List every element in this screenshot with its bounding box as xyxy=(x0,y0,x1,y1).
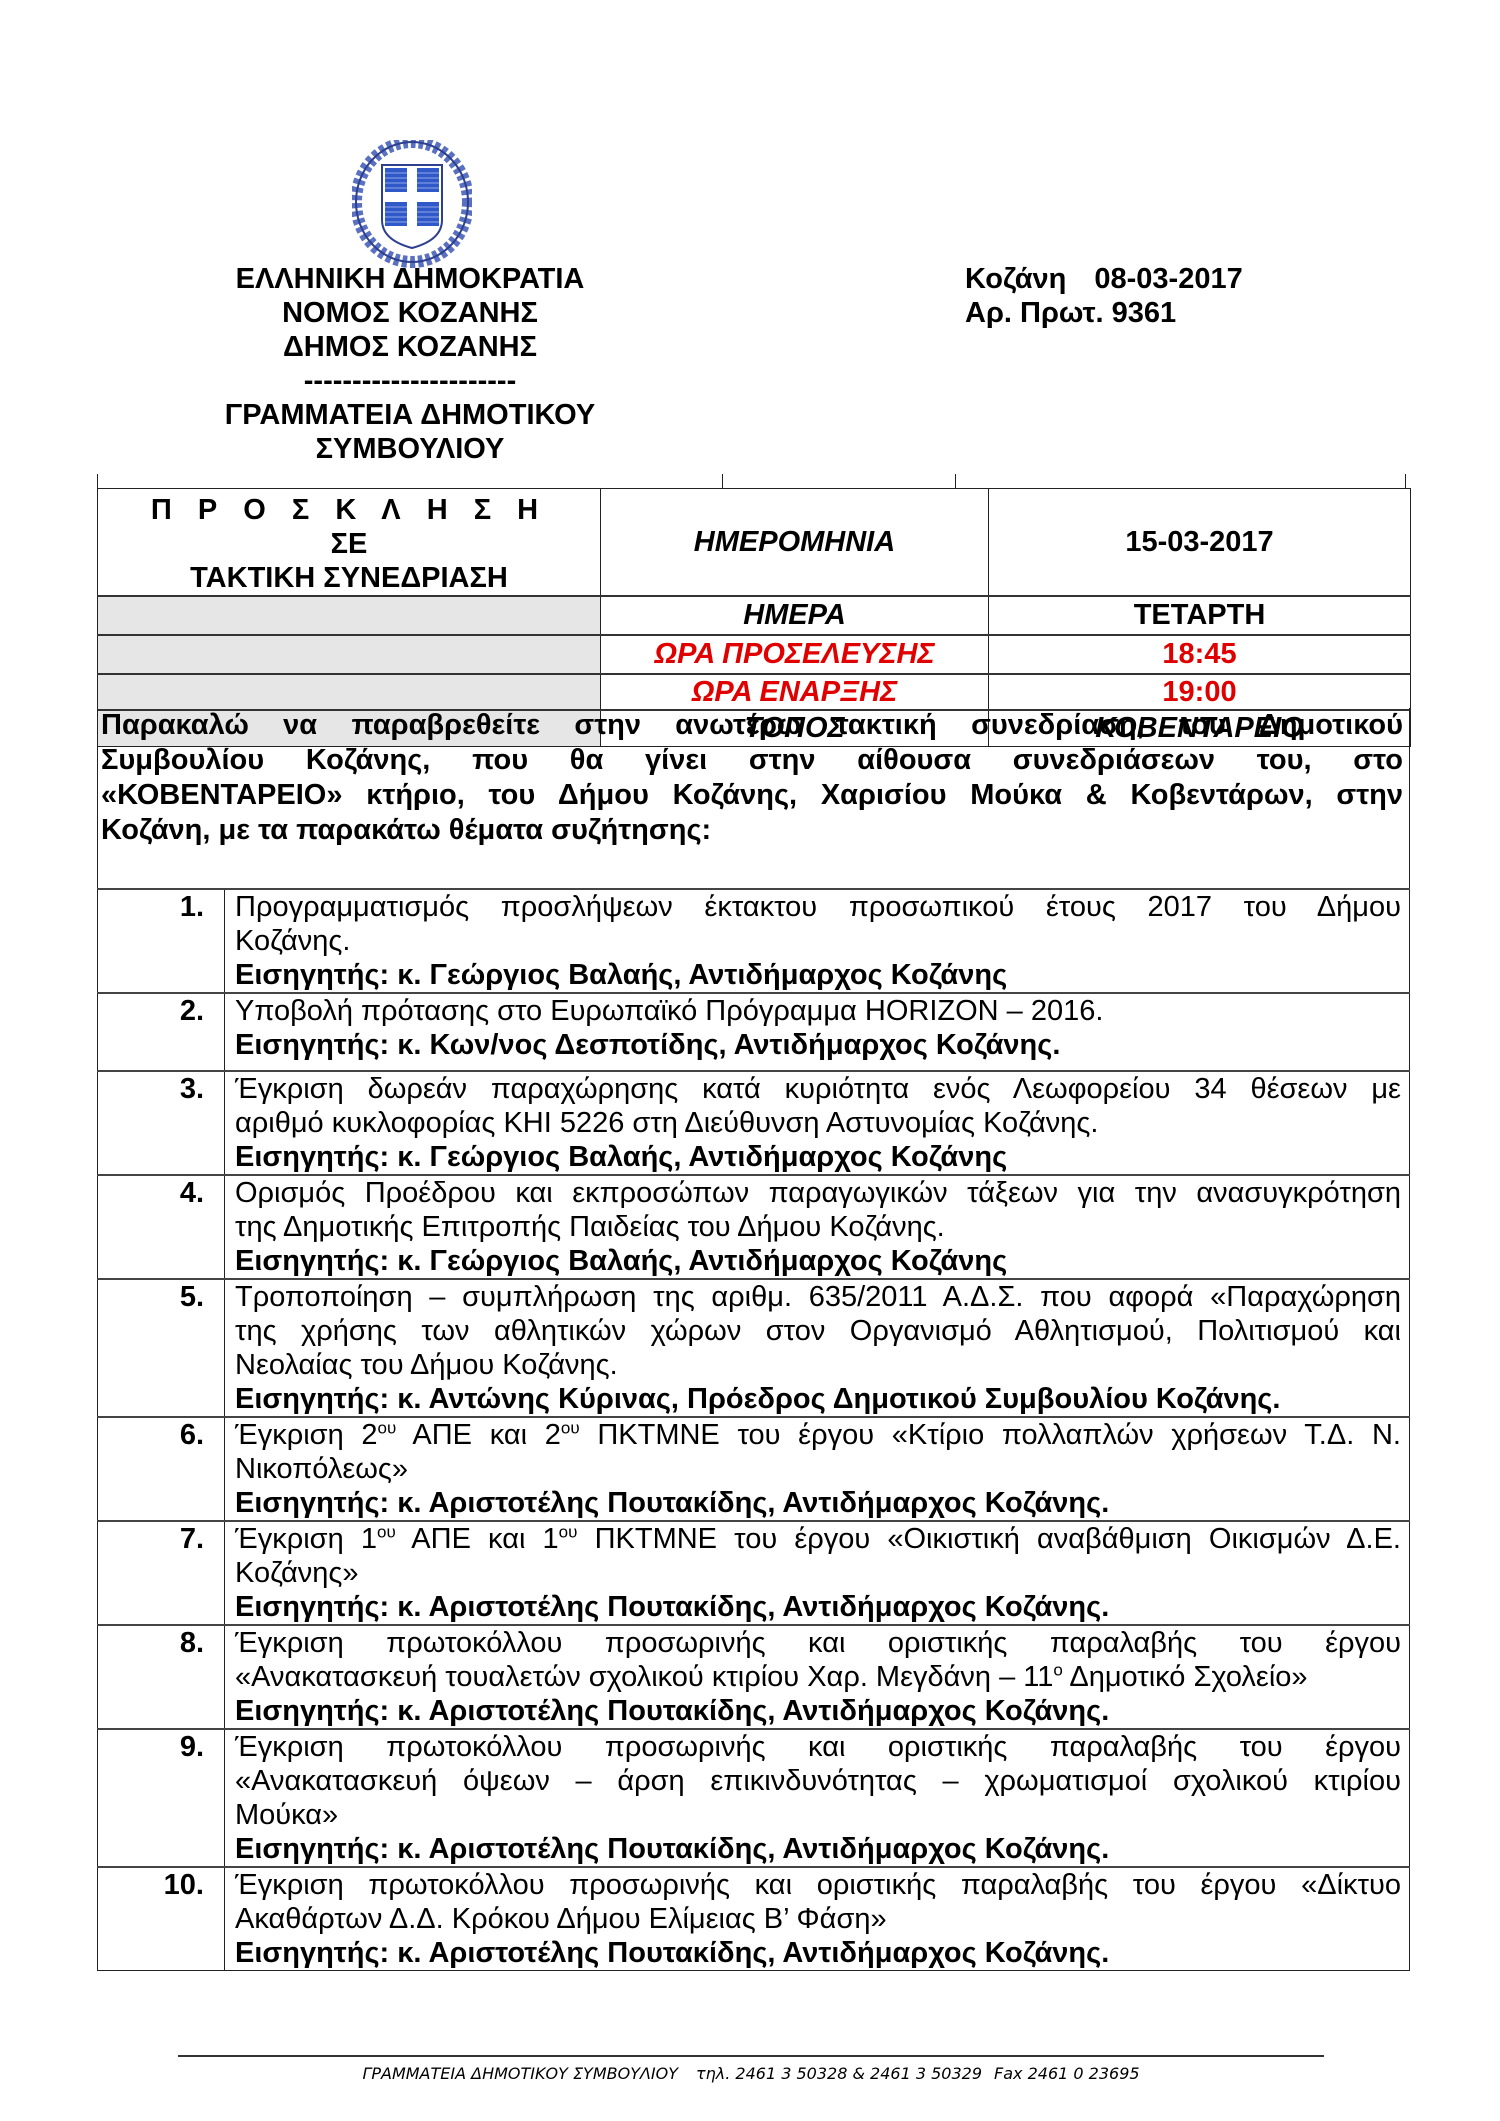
agenda-item-number: 4. xyxy=(98,1175,225,1279)
agenda-item-description: Έγκριση πρωτοκόλλου προσωρινής και οριστ… xyxy=(235,1730,1401,1832)
description-line: Κοζάνης» xyxy=(235,1556,1401,1590)
agenda-item-description: Τροποποίηση – συμπλήρωση της αριθμ. 635/… xyxy=(235,1280,1401,1382)
issuer-block: ΕΛΛΗΝΙΚΗ ΔΗΜΟΚΡΑΤΙΑ ΝΟΜΟΣ ΚΟΖΑΝΗΣ ΔΗΜΟΣ … xyxy=(170,262,650,466)
agenda-item: 2.Υποβολή πρότασης στο Ευρωπαϊκό Πρόγραμ… xyxy=(98,993,1410,1071)
agenda-item-number: 7. xyxy=(98,1521,225,1625)
table-stub xyxy=(955,474,956,488)
document-meta: Κοζάνη08-03-2017 Αρ. Πρωτ. 9361 xyxy=(965,262,1243,330)
agenda-item-description: Ορισμός Προέδρου και εκπροσώπων παραγωγι… xyxy=(235,1176,1401,1244)
invitation-title: Π Ρ Ο Σ Κ Λ Η Σ Η ΣΕ ΤΑΚΤΙΚΗ ΣΥΝΕΔΡΙΑΣΗ xyxy=(98,489,601,597)
agenda-item-number: 9. xyxy=(98,1729,225,1867)
meeting-label: ΩΡΑ ΠΡΟΣΕΛΕΥΣΗΣ xyxy=(601,635,989,674)
meeting-row-start: ΩΡΑ ΕΝΑΡΞΗΣ 19:00 xyxy=(98,674,1411,710)
agenda-item-body: Έγκριση πρωτοκόλλου προσωρινής και οριστ… xyxy=(225,1625,1410,1729)
agenda-item-description: Υποβολή πρότασης στο Ευρωπαϊκό Πρόγραμμα… xyxy=(235,994,1401,1028)
shaded-cell xyxy=(98,635,601,674)
meeting-value: 15-03-2017 xyxy=(989,489,1411,597)
description-line: Έγκριση δωρεάν παραχώρησης κατά κυριότητ… xyxy=(235,1072,1401,1106)
place-date: Κοζάνη08-03-2017 xyxy=(965,262,1243,296)
description-line: Έγκριση πρωτοκόλλου προσωρινής και οριστ… xyxy=(235,1730,1401,1764)
invitation-paragraph: Παρακαλώ να παραβρεθείτε στην ανωτέρω τα… xyxy=(97,708,1410,890)
agenda-item-rapporteur: Εισηγητής: κ. Γεώργιος Βαλαής, Αντιδήμαρ… xyxy=(235,1244,1401,1278)
footer-contact: ΓΡΑΜΜΑΤΕΙΑ ΔΗΜΟΤΙΚΟΥ ΣΥΜΒΟΥΛΙΟΥτηλ. 2461… xyxy=(178,2064,1324,2083)
meeting-label: ΗΜΕΡΑ xyxy=(601,596,989,635)
agenda-item: 9.Έγκριση πρωτοκόλλου προσωρινής και ορι… xyxy=(98,1729,1410,1867)
agenda-item-description: Έγκριση πρωτοκόλλου προσωρινής και οριστ… xyxy=(235,1626,1401,1694)
agenda-item-rapporteur: Εισηγητής: κ. Αριστοτέλης Πουτακίδης, Αν… xyxy=(235,1936,1401,1970)
description-line: Υποβολή πρότασης στο Ευρωπαϊκό Πρόγραμμα… xyxy=(235,994,1401,1028)
meeting-row-arrival: ΩΡΑ ΠΡΟΣΕΛΕΥΣΗΣ 18:45 xyxy=(98,635,1411,674)
agenda-item-body: Έγκριση 2ου ΑΠΕ και 2ου ΠΚΤΜΝΕ του έργου… xyxy=(225,1417,1410,1521)
agenda-item-description: Προγραμματισμός προσλήψεων έκτακτου προσ… xyxy=(235,890,1401,958)
issuer-line-secretariat: ΓΡΑΜΜΑΤΕΙΑ ΔΗΜΟΤΙΚΟΥ xyxy=(170,398,650,432)
table-stub xyxy=(1405,474,1406,488)
description-line: Έγκριση 2ου ΑΠΕ και 2ου ΠΚΤΜΝΕ του έργου… xyxy=(235,1418,1401,1452)
description-line: Τροποποίηση – συμπλήρωση της αριθμ. 635/… xyxy=(235,1280,1401,1314)
description-line: Προγραμματισμός προσλήψεων έκτακτου προσ… xyxy=(235,890,1401,924)
agenda-item-rapporteur: Εισηγητής: κ. Αριστοτέλης Πουτακίδης, Αν… xyxy=(235,1486,1401,1520)
agenda-item-number: 5. xyxy=(98,1279,225,1417)
table-stub xyxy=(97,474,98,488)
place: Κοζάνη xyxy=(965,263,1066,295)
description-line: Νικοπόλεως» xyxy=(235,1452,1401,1486)
issuer-line-municipality: ΔΗΜΟΣ ΚΟΖΑΝΗΣ xyxy=(170,330,650,364)
agenda-item: 1.Προγραμματισμός προσλήψεων έκτακτου πρ… xyxy=(98,889,1410,993)
agenda-item-description: Έγκριση 1ου ΑΠΕ και 1ου ΠΚΤΜΝΕ του έργου… xyxy=(235,1522,1401,1590)
description-line: Νεολαίας του Δήμου Κοζάνης. xyxy=(235,1348,1401,1382)
footer-divider xyxy=(178,2055,1324,2057)
meeting-row-day: ΗΜΕΡΑ ΤΕΤΑΡΤΗ xyxy=(98,596,1411,635)
description-line: Ακαθάρτων Δ.Δ. Κρόκου Δήμου Ελίμειας Β’ … xyxy=(235,1902,1401,1936)
issuer-line-prefecture: ΝΟΜΟΣ ΚΟΖΑΝΗΣ xyxy=(170,296,650,330)
invitation-title-line: ΣΕ xyxy=(98,527,600,561)
table-stub xyxy=(722,474,723,488)
agenda-item-body: Τροποποίηση – συμπλήρωση της αριθμ. 635/… xyxy=(225,1279,1410,1417)
paragraph-line: Παρακαλώ να παραβρεθείτε στην ανωτέρω τα… xyxy=(101,708,1403,743)
agenda-item-body: Έγκριση 1ου ΑΠΕ και 1ου ΠΚΤΜΝΕ του έργου… xyxy=(225,1521,1410,1625)
description-line: Έγκριση πρωτοκόλλου προσωρινής και οριστ… xyxy=(235,1626,1401,1660)
agenda-item-number: 1. xyxy=(98,889,225,993)
agenda-item: 5.Τροποποίηση – συμπλήρωση της αριθμ. 63… xyxy=(98,1279,1410,1417)
description-line: της χρήσης των αθλητικών χώρων στον Οργα… xyxy=(235,1314,1401,1348)
agenda-item: 6.Έγκριση 2ου ΑΠΕ και 2ου ΠΚΤΜΝΕ του έργ… xyxy=(98,1417,1410,1521)
footer-fax: Fax 2461 0 23695 xyxy=(994,2064,1140,2083)
meeting-label: ΗΜΕΡΟΜΗΝΙΑ xyxy=(601,489,989,597)
invitation-title-line: ΤΑΚΤΙΚΗ ΣΥΝΕΔΡΙΑΣΗ xyxy=(98,561,600,595)
agenda-item-body: Έγκριση πρωτοκόλλου προσωρινής και οριστ… xyxy=(225,1867,1410,1971)
protocol-number: Αρ. Πρωτ. 9361 xyxy=(965,296,1243,330)
description-line: Μούκα» xyxy=(235,1798,1401,1832)
agenda-item-description: Έγκριση δωρεάν παραχώρησης κατά κυριότητ… xyxy=(235,1072,1401,1140)
agenda-item-rapporteur: Εισηγητής: κ. Αριστοτέλης Πουτακίδης, Αν… xyxy=(235,1832,1401,1866)
agenda-item: 7.Έγκριση 1ου ΑΠΕ και 1ου ΠΚΤΜΝΕ του έργ… xyxy=(98,1521,1410,1625)
issuer-line-council: ΣΥΜΒΟΥΛΙΟΥ xyxy=(170,432,650,466)
agenda-item-body: Ορισμός Προέδρου και εκπροσώπων παραγωγι… xyxy=(225,1175,1410,1279)
issuer-divider: ---------------------- xyxy=(170,364,650,398)
meeting-value: 19:00 xyxy=(989,674,1411,710)
agenda-item-number: 6. xyxy=(98,1417,225,1521)
issue-date: 08-03-2017 xyxy=(1094,263,1242,295)
description-line: Ορισμός Προέδρου και εκπροσώπων παραγωγι… xyxy=(235,1176,1401,1210)
agenda-item-rapporteur: Εισηγητής: κ. Κων/νος Δεσποτίδης, Αντιδή… xyxy=(235,1028,1401,1062)
invitation-title-line: Π Ρ Ο Σ Κ Λ Η Σ Η xyxy=(98,493,600,527)
agenda-item-rapporteur: Εισηγητής: κ. Γεώργιος Βαλαής, Αντιδήμαρ… xyxy=(235,958,1401,992)
meeting-value: ΤΕΤΑΡΤΗ xyxy=(989,596,1411,635)
description-line: «Ανακατασκευή όψεων – άρση επικινδυνότητ… xyxy=(235,1764,1401,1798)
agenda-item-number: 10. xyxy=(98,1867,225,1971)
agenda-item-body: Προγραμματισμός προσλήψεων έκτακτου προσ… xyxy=(225,889,1410,993)
description-line: αριθμό κυκλοφορίας ΚΗΙ 5226 στη Διεύθυνσ… xyxy=(235,1106,1401,1140)
shaded-cell xyxy=(98,674,601,710)
agenda-item: 8.Έγκριση πρωτοκόλλου προσωρινής και ορι… xyxy=(98,1625,1410,1729)
agenda-item-body: Έγκριση πρωτοκόλλου προσωρινής και οριστ… xyxy=(225,1729,1410,1867)
agenda-item-rapporteur: Εισηγητής: κ. Αντώνης Κύρινας, Πρόεδρος … xyxy=(235,1382,1401,1416)
agenda-item-rapporteur: Εισηγητής: κ. Γεώργιος Βαλαής, Αντιδήμαρ… xyxy=(235,1140,1401,1174)
meeting-label: ΩΡΑ ΕΝΑΡΞΗΣ xyxy=(601,674,989,710)
meeting-row-date: Π Ρ Ο Σ Κ Λ Η Σ Η ΣΕ ΤΑΚΤΙΚΗ ΣΥΝΕΔΡΙΑΣΗ … xyxy=(98,489,1411,597)
agenda-item-rapporteur: Εισηγητής: κ. Αριστοτέλης Πουτακίδης, Αν… xyxy=(235,1694,1401,1728)
description-line: «Ανακατασκευή τουαλετών σχολικού κτιρίου… xyxy=(235,1660,1401,1694)
footer-phones: τηλ. 2461 3 50328 & 2461 3 50329 xyxy=(696,2064,982,2083)
greek-coat-of-arms-icon xyxy=(352,140,472,270)
agenda-table: 1.Προγραμματισμός προσλήψεων έκτακτου πρ… xyxy=(97,888,1410,1971)
agenda-item-number: 3. xyxy=(98,1071,225,1175)
agenda-item-body: Έγκριση δωρεάν παραχώρησης κατά κυριότητ… xyxy=(225,1071,1410,1175)
meeting-value: 18:45 xyxy=(989,635,1411,674)
paragraph-line: «ΚΟΒΕΝΤΑΡΕΙΟ» κτήριο, του Δήμου Κοζάνης,… xyxy=(101,778,1403,813)
agenda-item: 10.Έγκριση πρωτοκόλλου προσωρινής και ορ… xyxy=(98,1867,1410,1971)
agenda-item-number: 2. xyxy=(98,993,225,1071)
paragraph-line: Κοζάνη, με τα παρακάτω θέματα συζήτησης: xyxy=(101,813,1403,848)
description-line: Έγκριση πρωτοκόλλου προσωρινής και οριστ… xyxy=(235,1868,1401,1902)
shaded-cell xyxy=(98,596,601,635)
agenda-item-description: Έγκριση πρωτοκόλλου προσωρινής και οριστ… xyxy=(235,1868,1401,1936)
issuer-line-republic: ΕΛΛΗΝΙΚΗ ΔΗΜΟΚΡΑΤΙΑ xyxy=(170,262,650,296)
footer-office: ΓΡΑΜΜΑΤΕΙΑ ΔΗΜΟΤΙΚΟΥ ΣΥΜΒΟΥΛΙΟΥ xyxy=(362,2064,678,2083)
agenda-item-number: 8. xyxy=(98,1625,225,1729)
agenda-item: 4.Ορισμός Προέδρου και εκπροσώπων παραγω… xyxy=(98,1175,1410,1279)
description-line: Έγκριση 1ου ΑΠΕ και 1ου ΠΚΤΜΝΕ του έργου… xyxy=(235,1522,1401,1556)
agenda-item-body: Υποβολή πρότασης στο Ευρωπαϊκό Πρόγραμμα… xyxy=(225,993,1410,1071)
description-line: της Δημοτικής Επιτροπής Παιδείας του Δήμ… xyxy=(235,1210,1401,1244)
agenda-item-description: Έγκριση 2ου ΑΠΕ και 2ου ΠΚΤΜΝΕ του έργου… xyxy=(235,1418,1401,1486)
agenda-item: 3.Έγκριση δωρεάν παραχώρησης κατά κυριότ… xyxy=(98,1071,1410,1175)
agenda-item-rapporteur: Εισηγητής: κ. Αριστοτέλης Πουτακίδης, Αν… xyxy=(235,1590,1401,1624)
description-line: Κοζάνης. xyxy=(235,924,1401,958)
paragraph-line: Συμβουλίου Κοζάνης, που θα γίνει στην αί… xyxy=(101,743,1403,778)
